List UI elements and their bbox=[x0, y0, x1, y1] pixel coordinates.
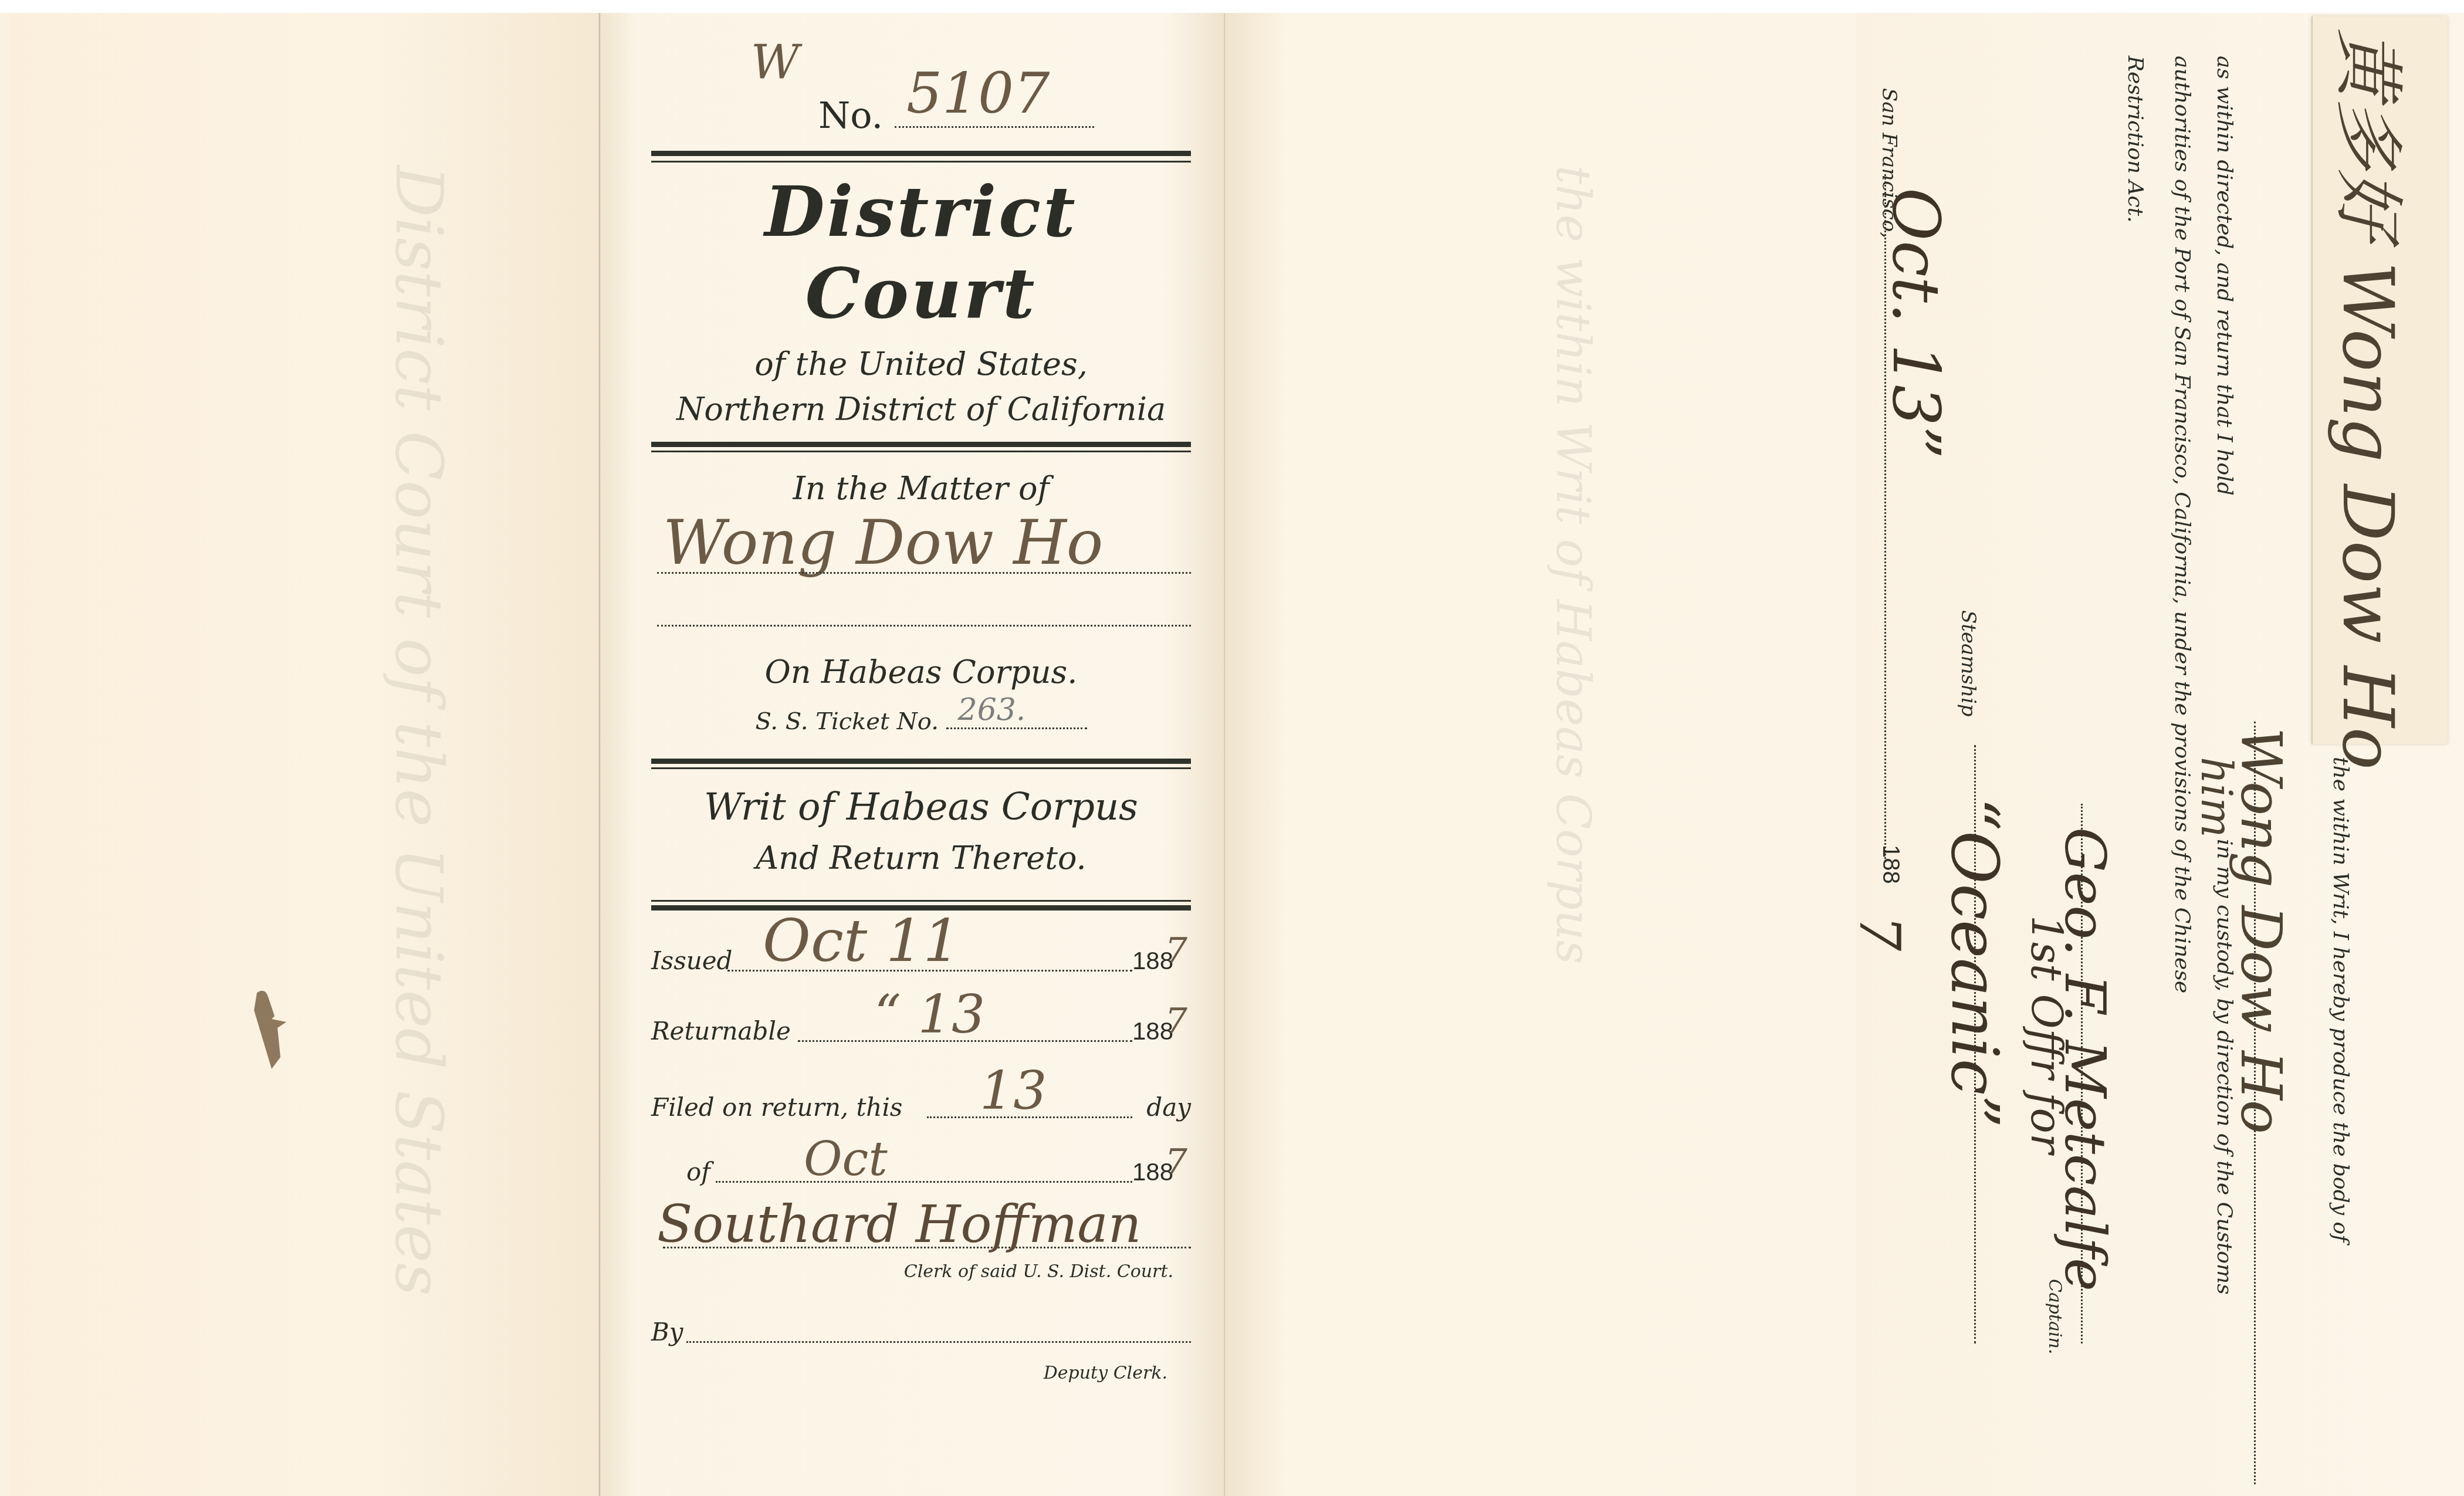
front-form: W No. 5107 District Court of the United … bbox=[651, 35, 1191, 1383]
steamship-label: Steamship bbox=[1957, 610, 1980, 717]
filed-month-row: of Oct 188 7 bbox=[651, 1128, 1191, 1192]
return-line-4: Restriction Act. bbox=[2123, 56, 2147, 223]
matter-label: In the Matter of bbox=[651, 470, 1191, 507]
ticket-value: 263. bbox=[958, 692, 1026, 727]
issued-row: Issued Oct 11 188 7 bbox=[651, 911, 1191, 981]
bleed-through-text: the within Writ of Habeas Corpus bbox=[1546, 165, 1600, 964]
issued-label: Issued bbox=[651, 946, 733, 975]
return-year-suffix: 7 bbox=[1847, 915, 1913, 951]
deputy-clerk-title: Deputy Clerk. bbox=[651, 1363, 1191, 1383]
court-subtitle-2: Northern District of California bbox=[651, 391, 1191, 428]
case-number-field: 5107 bbox=[895, 126, 1094, 128]
return-line-1: the within Writ, I hereby produce the bo… bbox=[2328, 757, 2353, 1243]
return-line-2a: as within directed, and return that I ho… bbox=[2212, 56, 2236, 496]
ticket-row: S. S. Ticket No. 263. bbox=[651, 708, 1191, 735]
case-number-value: 5107 bbox=[906, 60, 1050, 126]
returnable-date-value: “ 13 bbox=[874, 984, 985, 1045]
filed-label: Filed on return, this bbox=[651, 1093, 902, 1122]
return-date: Oct. 13” bbox=[1879, 188, 1954, 459]
writ-title: Writ of Habeas Corpus bbox=[651, 786, 1191, 829]
ink-blot bbox=[245, 987, 292, 1075]
pasted-name-slip: 黄多好 Wong Dow Ho bbox=[2311, 16, 2448, 744]
writ-subtitle: And Return Thereto. bbox=[651, 840, 1191, 876]
filed-month-value: Oct bbox=[804, 1132, 888, 1186]
court-title: District Court bbox=[651, 171, 1191, 334]
return-year-prefix: 188 bbox=[1877, 845, 1904, 884]
bleed-through-text: District Court of the United States bbox=[381, 165, 456, 1296]
return-line-3: authorities of the Port of San Francisco… bbox=[2170, 56, 2194, 993]
case-number-label: No. bbox=[818, 94, 883, 137]
return-line-2b: in my custody, by direction of the Custo… bbox=[2212, 839, 2236, 1295]
clerk-signature: Southard Hoffman bbox=[657, 1194, 1141, 1254]
hold-pronoun-handwritten: him bbox=[2192, 757, 2241, 838]
captain-officer-note: 1st Offr for bbox=[2022, 915, 2071, 1153]
issued-date-value: Oct 11 bbox=[763, 906, 960, 975]
matter-name-value: Wong Dow Ho bbox=[663, 507, 1103, 578]
clerk-title: Clerk of said U. S. Dist. Court. bbox=[651, 1261, 1191, 1282]
chinese-name-slip-text: 黄多好 Wong Dow Ho bbox=[2323, 28, 2424, 770]
filed-day-suffix: day bbox=[1146, 1093, 1191, 1122]
by-label: By bbox=[651, 1318, 683, 1346]
case-number-row: No. 5107 bbox=[651, 94, 1191, 137]
steamship-name: “Oceanic” bbox=[1937, 798, 2012, 1128]
ticket-field: 263. bbox=[946, 727, 1087, 729]
handwritten-annotation: W bbox=[751, 35, 799, 90]
returnable-row: Returnable “ 13 188 7 bbox=[651, 981, 1191, 1051]
clerk-signature-row: Southard Hoffman bbox=[651, 1192, 1191, 1257]
deputy-row: By bbox=[651, 1282, 1191, 1352]
filed-row: Filed on return, this 13 day bbox=[651, 1051, 1191, 1128]
dotted-line bbox=[2254, 722, 2257, 1484]
returnable-label: Returnable bbox=[651, 1017, 791, 1045]
ticket-label: S. S. Ticket No. bbox=[755, 708, 938, 735]
inner-blank-panel: the within Writ of Habeas Corpus bbox=[1225, 13, 1856, 1496]
left-fold-panel: District Court of the United States bbox=[11, 13, 600, 1496]
captain-label: Captain. bbox=[2045, 1279, 2065, 1354]
filed-year-suffix: 7 bbox=[1165, 1142, 1187, 1183]
on-habeas-corpus: On Habeas Corpus. bbox=[651, 654, 1191, 691]
filed-day-value: 13 bbox=[980, 1060, 1047, 1122]
court-subtitle-1: of the United States, bbox=[651, 346, 1191, 383]
returnable-year-suffix: 7 bbox=[1165, 1001, 1187, 1042]
of-label: of bbox=[686, 1157, 710, 1186]
issued-year-suffix: 7 bbox=[1165, 930, 1187, 972]
matter-name-row: Wong Dow Ho bbox=[651, 507, 1191, 577]
